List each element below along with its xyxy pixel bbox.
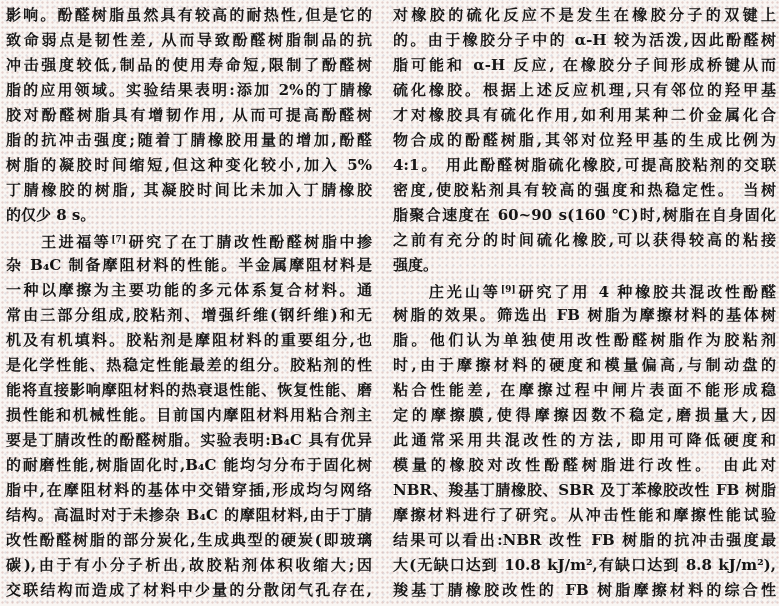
text-line: 粘合性能差, 在摩擦过程中闸片表面不能形成稳 xyxy=(393,378,776,403)
text-line: 脂中,在摩阻材料的基体中交错穿插,形成均匀网络 xyxy=(6,478,372,503)
text-line: 致命弱点是韧性差, 从而导致酚醛树脂制品的抗 xyxy=(6,28,372,53)
text-line: 碳),由于有小分子析出,故胶粘剂体积收缩大;因 xyxy=(6,553,372,578)
scanned-paper-page: 影响。酚醛树脂虽然具有较高的耐热性,但是它的 致命弱点是韧性差, 从而导致酚醛树… xyxy=(0,0,779,606)
left-column: 影响。酚醛树脂虽然具有较高的耐热性,但是它的 致命弱点是韧性差, 从而导致酚醛树… xyxy=(6,3,372,603)
text-line: 冲击强度较低,制品的使用寿命短,限制了酚醛树 xyxy=(6,53,372,78)
right-column: 对橡胶的硫化反应不是发生在橡胶分子的双键上 的。由于橡胶分子中的 α-H 较为活… xyxy=(393,3,776,603)
text-line: 时,由于摩擦材料的硬度和模量偏高,与制动盘的 xyxy=(393,353,776,378)
text-line: 胶对酚醛树脂具有增韧作用, 从而可提高酚醛树 xyxy=(6,103,372,128)
text-line: 影响。酚醛树脂虽然具有较高的耐热性,但是它的 xyxy=(6,3,372,28)
text-line: 脂可能和 α-H 反应, 在橡胶分子间形成桥键从而 xyxy=(393,53,776,78)
text-line: 脂聚合速度在 60~90 s(160 ℃)时,树脂在自身固化 xyxy=(393,203,776,228)
text-line-paragraph-start: 王进福等[7]研究了在丁腈改性酚醛树脂中掺 xyxy=(6,228,372,253)
text-line: 树脂的凝胶时间缩短,但这种变化较小,加入 5% xyxy=(6,153,372,178)
text-line: 之前有充分的时间硫化橡胶,可以获得较高的粘接 xyxy=(393,228,776,253)
text-line: 此通常采用共混改性的方法, 即用可降低硬度和 xyxy=(393,428,776,453)
text-line: 4:1。 用此酚醛树脂硫化橡胶,可提高胶粘剂的交联 xyxy=(393,153,776,178)
text-line-paragraph-start: 庄光山等[9]研究了用 4 种橡胶共混改性酚醛 xyxy=(393,278,776,303)
text-line: 能将直接影响摩阻材料的热衰退性能、恢复性能、磨 xyxy=(6,378,372,403)
text-line: 一种以摩擦为主要功能的多元体系复合材料。通 xyxy=(6,278,372,303)
text-line: 定的摩擦膜,使得摩擦因数不稳定,磨损量大,因 xyxy=(393,403,776,428)
text-line: 密度,使胶粘剂具有较高的强度和热稳定性。 当树 xyxy=(393,178,776,203)
text-line: 杂 B₄C 制备摩阻材料的性能。半金属摩阻材料是 xyxy=(6,253,372,278)
text-line: 大(无缺口达到 10.8 kJ/m²,有缺口达到 8.8 kJ/m²), xyxy=(393,553,776,578)
text-line: NBR、羧基丁腈橡胶、SBR 及丁苯橡胶改性 FB 树脂 xyxy=(393,478,776,503)
text-line: 机及有机填料。胶粘剂是摩阻材料的重要组分,也 xyxy=(6,328,372,353)
text-line: 摩擦材料进行了研究。从冲击性能和摩擦性能试验 xyxy=(393,503,776,528)
text-line: 要是丁腈改性的酚醛树脂。实验表明:B₄C 具有优异 xyxy=(6,428,372,453)
text-line: 结构。高温时对于未掺杂 B₄C 的摩阻材料,由于丁腈 xyxy=(6,503,372,528)
text-line: 模量的橡胶对改性酚醛树脂进行改性。 由此对 xyxy=(393,453,776,478)
text-line: 树脂的效果。筛选出 FB 树脂为摩擦材料的基体树 xyxy=(393,303,776,328)
text-line: 物合成的酚醛树脂,其邻对位羟甲基的生成比例为 xyxy=(393,128,776,153)
text-line: 脂的抗冲击强度;随着丁腈橡胶用量的增加,酚醛 xyxy=(6,128,372,153)
text-line: 改性酚醛树脂的部分炭化,生成典型的硬炭(即玻璃 xyxy=(6,528,372,553)
text-line: 硫化橡胶。根据上述反应机理,只有邻位的羟甲基 xyxy=(393,78,776,103)
text-line: 交联结构而造成了材料中少量的分散闭气孔存在, xyxy=(6,578,372,603)
text-line: 结果可以看出:NBR 改性 FB 树脂的抗冲击强度最 xyxy=(393,528,776,553)
text-line: 对橡胶的硫化反应不是发生在橡胶分子的双键上 xyxy=(393,3,776,28)
text-line-paragraph-end: 的仅少 8 s。 xyxy=(6,203,372,228)
text-line: 丁腈橡胶的树脂, 其凝胶时间比未加入丁腈橡胶 xyxy=(6,178,372,203)
text-line: 损性能和机械性能。目前国内摩阻材料用粘合剂主 xyxy=(6,403,372,428)
text-line: 是化学性能、热稳定性能最差的组分。胶粘剂的性 xyxy=(6,353,372,378)
text-line: 的。由于橡胶分子中的 α-H 较为活泼,因此酚醛树 xyxy=(393,28,776,53)
text-line: 的耐磨性能,树脂固化时,B₄C 能均匀分布于固化树 xyxy=(6,453,372,478)
text-line: 脂。他们认为单独使用改性酚醛树脂作为胶粘剂 xyxy=(393,328,776,353)
text-line-paragraph-end: 强度。 xyxy=(393,253,776,278)
text-line: 脂的应用领域。实验结果表明:添加 2%的丁腈橡 xyxy=(6,78,372,103)
text-line: 羧基丁腈橡胶改性的 FB 树脂摩擦材料的综合性 xyxy=(393,578,776,603)
text-line: 常由三部分组成,胶粘剂、增强纤维(钢纤维)和无 xyxy=(6,303,372,328)
text-line: 才对橡胶具有硫化作用,如利用某种二价金属化合 xyxy=(393,103,776,128)
